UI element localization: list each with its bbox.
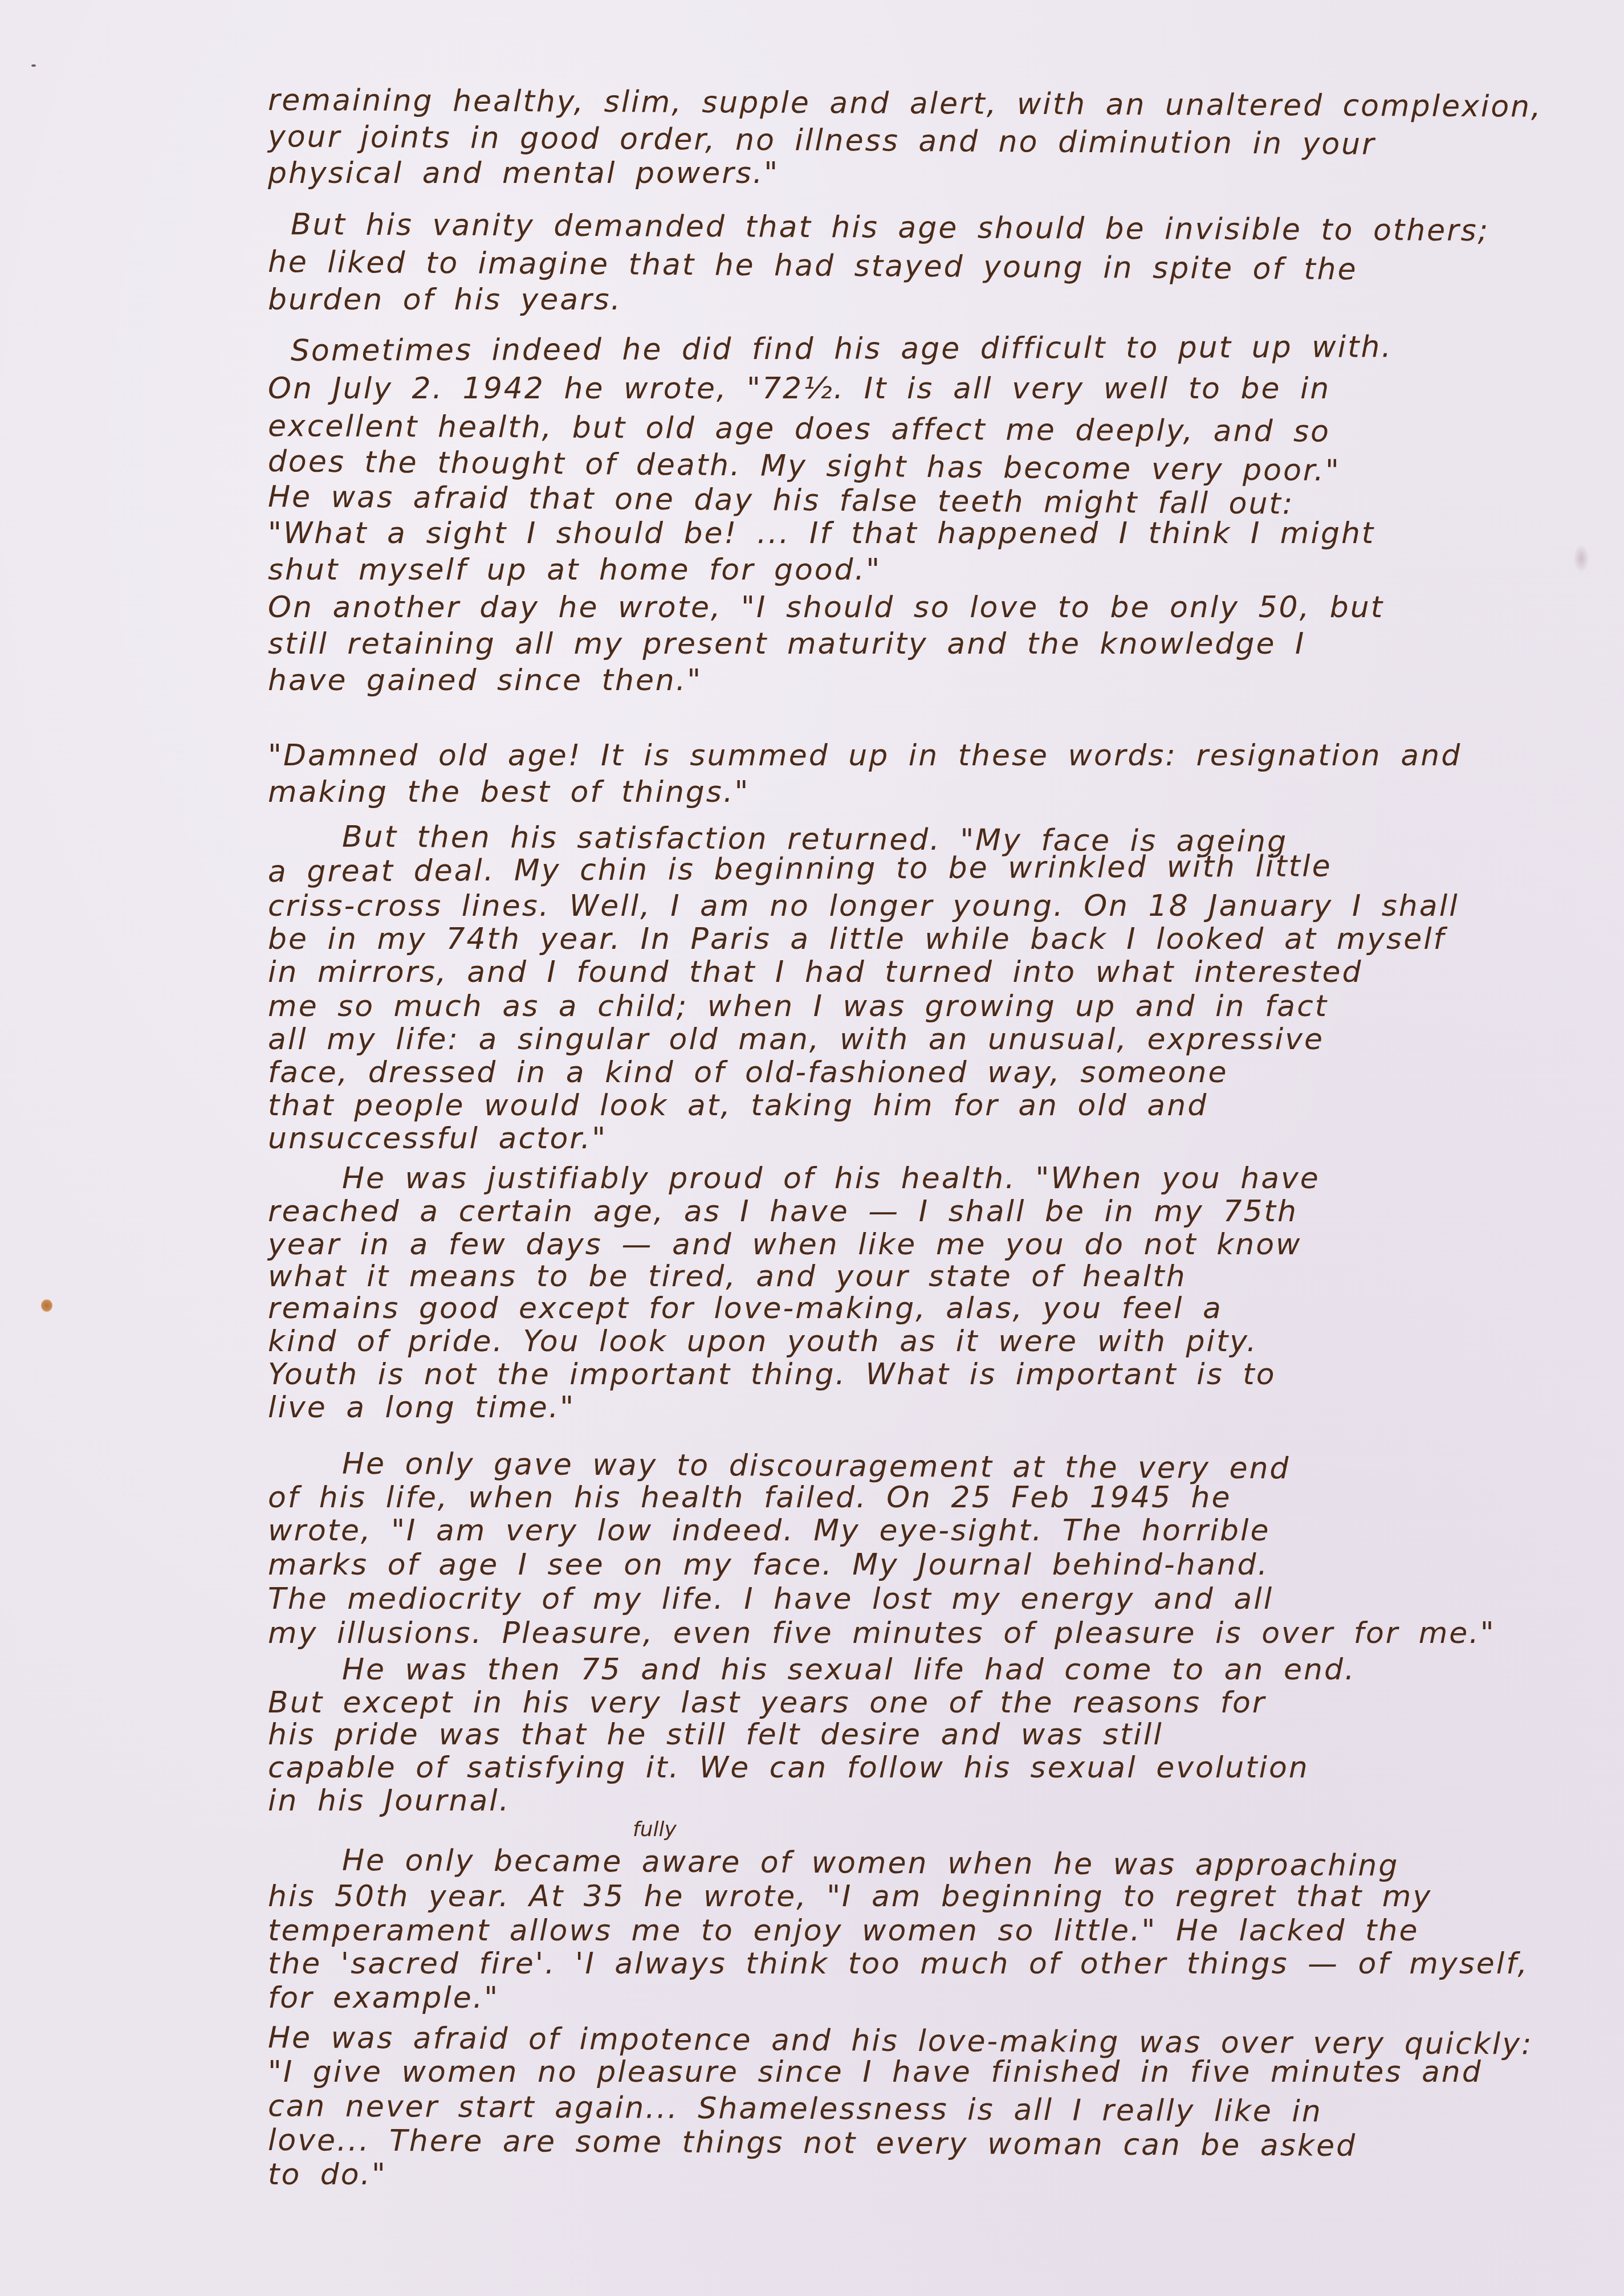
- text-line: But his vanity demanded that his age sho…: [268, 210, 1489, 246]
- text-line: "I give women no pleasure since I have f…: [268, 2057, 1483, 2087]
- text-line: He was justifiably proud of his health. …: [268, 1164, 1320, 1193]
- text-line: He was afraid of impotence and his love-…: [268, 2023, 1533, 2060]
- paper-speck: [31, 64, 36, 67]
- text-line: He only gave way to discouragement at th…: [268, 1449, 1291, 1483]
- text-line: his 50th year. At 35 he wrote, "I am beg…: [268, 1882, 1432, 1911]
- text-line: a great deal. My chin is beginning to be…: [268, 851, 1332, 887]
- text-line: capable of satisfying it. We can follow …: [268, 1753, 1309, 1783]
- text-line: reached a certain age, as I have — I sha…: [268, 1197, 1298, 1226]
- text-line: Youth is not the important thing. What i…: [268, 1360, 1276, 1389]
- text-line: The mediocrity of my life. I have lost m…: [268, 1584, 1273, 1614]
- text-line: in mirrors, and I found that I had turne…: [268, 957, 1363, 987]
- text-line: can never start again... Shamelessness i…: [268, 2091, 1322, 2127]
- text-line: physical and mental powers.": [268, 158, 779, 188]
- text-line: "What a sight I should be! ... If that h…: [268, 519, 1375, 548]
- text-line: of his life, when his health failed. On …: [268, 1483, 1232, 1512]
- text-line: On July 2. 1942 he wrote, "72½. It is al…: [268, 374, 1330, 403]
- text-line: Sometimes indeed he did find his age dif…: [268, 332, 1393, 366]
- text-line: burden of his years.: [268, 285, 622, 315]
- text-line: for example.": [268, 1983, 499, 2013]
- text-line: your joints in good order, no illness an…: [268, 122, 1376, 160]
- text-line: be in my 74th year. In Paris a little wh…: [268, 924, 1446, 954]
- text-line: He was then 75 and his sexual life had c…: [268, 1655, 1356, 1685]
- text-line: On another day he wrote, "I should so lo…: [268, 593, 1384, 622]
- text-line: wrote, "I am very low indeed. My eye-sig…: [268, 1516, 1271, 1545]
- ink-blot: [41, 1299, 52, 1312]
- text-line: all my life: a singular old man, with an…: [268, 1025, 1324, 1054]
- text-line: He was afraid that one day his false tee…: [268, 482, 1295, 519]
- text-line: remains good except for love-making, ala…: [268, 1294, 1223, 1323]
- text-line: to do.": [268, 2160, 387, 2189]
- text-line: marks of age I see on my face. My Journa…: [268, 1550, 1269, 1580]
- text-line: still retaining all my present maturity …: [268, 629, 1305, 659]
- text-line: "Damned old age! It is summed up in thes…: [268, 741, 1462, 770]
- text-line: kind of pride. You look upon youth as it…: [268, 1327, 1258, 1356]
- text-line: does the thought of death. My sight has …: [268, 447, 1341, 486]
- text-line: me so much as a child; when I was growin…: [268, 992, 1328, 1021]
- text-line: making the best of things.": [268, 777, 750, 807]
- text-line: He only became aware of women when he wa…: [268, 1845, 1399, 1881]
- text-line: the 'sacred fire'. 'I always think too m…: [268, 1949, 1529, 1979]
- text-line: his pride was that he still felt desire …: [268, 1720, 1163, 1749]
- text-line: that people would look at, taking him fo…: [268, 1091, 1208, 1120]
- text-line: live a long time.": [268, 1393, 575, 1422]
- text-line: he liked to imagine that he had stayed y…: [268, 247, 1358, 284]
- text-line: year in a few days — and when like me yo…: [268, 1230, 1302, 1259]
- text-line: have gained since then.": [268, 666, 702, 695]
- text-line: love... There are some things not every …: [268, 2126, 1357, 2161]
- text-line: excellent health, but old age does affec…: [268, 411, 1330, 447]
- text-line: face, dressed in a kind of old-fashioned…: [268, 1058, 1228, 1087]
- text-line: criss-cross lines. Well, I am no longer …: [268, 891, 1459, 921]
- text-line: unsuccessful actor.": [268, 1124, 607, 1153]
- text-line: But except in his very last years one of…: [268, 1688, 1266, 1718]
- text-line: in his Journal.: [268, 1786, 510, 1816]
- text-line: remaining healthy, slim, supple and aler…: [268, 85, 1542, 122]
- text-line: shut myself up at home for good.": [268, 555, 881, 585]
- text-line: temperament allows me to enjoy women so …: [268, 1916, 1419, 1946]
- paper-smudge: [1573, 544, 1589, 573]
- text-line: my illusions. Pleasure, even five minute…: [268, 1618, 1496, 1648]
- text-line: what it means to be tired, and your stat…: [268, 1262, 1187, 1291]
- inserted-word-fully: fully: [633, 1818, 677, 1841]
- manuscript-page: remaining healthy, slim, supple and aler…: [0, 0, 1624, 2296]
